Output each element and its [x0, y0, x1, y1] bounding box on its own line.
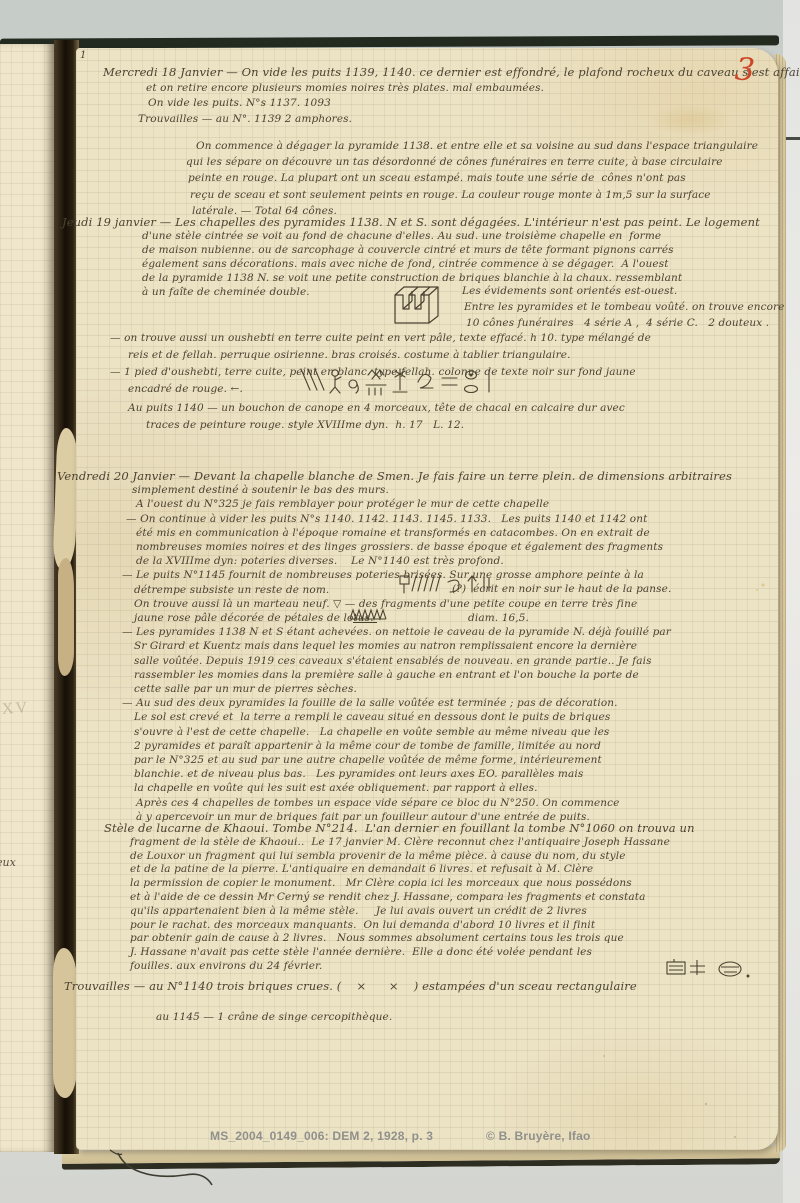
manuscript-line: traces de peinture rouge. style XVIIIme …: [146, 419, 464, 431]
manuscript-line: rassembler les momies dans la première s…: [134, 669, 639, 681]
manuscript-line: blanchie. et de niveau plus bas. Les pyr…: [134, 768, 583, 780]
manuscript-line: Après ces 4 chapelles de tombes un espac…: [136, 797, 620, 809]
manuscript-line: à un faîte de cheminée double.: [142, 286, 310, 298]
manuscript-line: reçu de sceau et sont seulement peints e…: [190, 189, 711, 201]
manuscript-line: de maison nubienne. ou de sarcophage à c…: [142, 244, 674, 256]
manuscript-line: A l'ouest du N°325 je fais remblayer pou…: [136, 498, 549, 510]
manuscript-line: Au puits 1140 — un bouchon de canope en …: [128, 402, 625, 414]
manuscript-line: On vide les puits. N°s 1137. 1093: [148, 97, 331, 109]
archive-caption: MS_2004_0149_006: DEM 2, 1928, p. 3 © B.…: [210, 1129, 630, 1143]
manuscript-line: d'une stèle cintrée se voit au fond de c…: [142, 230, 661, 242]
manuscript-line: et à l'aide de ce dessin Mr Cerný se ren…: [130, 891, 645, 903]
manuscript-line: qui les sépare on découvre un tas désord…: [186, 156, 723, 168]
manuscript-line: On commence à dégager la pyramide 1138. …: [196, 140, 758, 152]
manuscript-line: Trouvailles — au N°. 1139 2 amphores.: [138, 113, 352, 125]
manuscript-line: par le N°325 et au sud par une autre cha…: [134, 754, 602, 766]
manuscript-line: diam. 16,5.: [468, 612, 529, 624]
manuscript-line: reis et de fellah. perruque osirienne. b…: [128, 349, 571, 361]
manuscript-line: et de la patine de la pierre. L'antiquai…: [130, 863, 593, 875]
manuscript-line: salle voûtée. Depuis 1919 ces caveaux s'…: [134, 655, 652, 667]
manuscript-line: 2 pyramides et paraît appartenir à la mê…: [134, 740, 601, 752]
manuscript-line: Mercredi 18 Janvier — On vide les puits …: [103, 66, 800, 78]
manuscript-line: — on trouve aussi un oushebti en terre c…: [110, 332, 651, 344]
manuscript-line: — On continue à vider les puits N°s 1140…: [126, 513, 647, 525]
manuscript-line: Jeudi 19 janvier — Les chapelles des pyr…: [62, 216, 760, 228]
manuscript-line: peinte en rouge. La plupart ont un sceau…: [188, 172, 686, 184]
manuscript-line: J. Hassane n'avait pas cette stèle l'ann…: [130, 946, 592, 958]
manuscript-line: de Louxor un fragment qui lui sembla pro…: [130, 850, 626, 862]
double-chimney-sketch: [388, 274, 458, 332]
manuscript-line: Les évidements sont orientés est-ouest.: [462, 285, 677, 297]
manuscript-line: détrempe subsiste un reste de nom.: [134, 584, 329, 596]
manuscript-line: nombreuses momies noires et des linges g…: [136, 541, 663, 553]
manuscript-line: été mis en communication à l'époque roma…: [136, 527, 650, 539]
margin-mark: 1: [80, 50, 86, 61]
manuscript-line: la chapelle en voûte qui les suit est ax…: [134, 782, 538, 794]
manuscript-line: cette salle par un mur de pierres sèches…: [134, 683, 357, 695]
hieroglyphs-oushebti-text: [296, 362, 521, 398]
caption-credit: © B. Bruyère, Ifao: [486, 1129, 590, 1143]
manuscript-line: fouilles. aux environs du 24 février.: [130, 960, 323, 972]
manuscript-line: encadré de rouge. ←.: [128, 383, 243, 395]
lotus-petal-motif: [348, 607, 394, 624]
manuscript-line: qu'ils appartenaient bien à la même stèl…: [130, 905, 587, 917]
manuscript-line: au 1145 — 1 crâne de singe cercopithèque…: [156, 1011, 392, 1023]
caption-reference: MS_2004_0149_006: DEM 2, 1928, p. 3: [210, 1129, 486, 1143]
manuscript-line: Vendredi 20 Janvier — Devant la chapelle…: [57, 470, 732, 482]
manuscript-line: simplement destiné à soutenir le bas des…: [132, 484, 389, 496]
manuscript-line: Trouvailles — au N°1140 trois briques cr…: [64, 980, 637, 992]
manuscript-line: Le sol est crevé et la terre a rempli le…: [134, 711, 610, 723]
manuscript-line: 10 cônes funéraires 4 série A , 4 série …: [466, 317, 769, 329]
manuscript-text-layer: Mercredi 18 Janvier — On vide les puits …: [0, 0, 800, 1203]
manuscript-line: — Le puits N°1145 fournit de nombreuses …: [122, 569, 644, 581]
hieroglyphs-amphora-name: [398, 573, 498, 597]
loose-thread: [90, 1145, 230, 1195]
manuscript-line: fragment de la stèle de Khaoui.. Le 17 j…: [130, 836, 670, 848]
manuscript-line: la permission de copier le monument. Mr …: [130, 877, 632, 889]
manuscript-line: — Les pyramides 1138 N et S étant achevé…: [122, 626, 671, 638]
manuscript-line: pour le rachat. des morceaux manquants. …: [130, 919, 595, 931]
manuscript-line: par obtenir gain de cause à 2 livres. No…: [130, 932, 624, 944]
seal-sketches: [666, 958, 754, 982]
manuscript-line: et on retire encore plusieurs momies noi…: [146, 82, 544, 94]
manuscript-line: s'ouvre à l'est de cette chapelle. La ch…: [134, 726, 609, 738]
manuscript-line: Entre les pyramides et le tombeau voûté.…: [464, 301, 785, 313]
manuscript-line: Sr Girard et Kuentz mais dans lequel les…: [134, 640, 637, 652]
manuscript-line: également sans décorations. mais avec ni…: [142, 258, 669, 270]
manuscript-line: jaune rose pâle décorée de pétales de lo…: [134, 612, 374, 624]
page-number: 3: [734, 51, 756, 88]
manuscript-line: Stèle de lucarne de Khaoui. Tombe N°214.…: [104, 822, 695, 834]
manuscript-line: de la XVIIIme dyn: poteries diverses. Le…: [136, 555, 504, 567]
manuscript-line: — Au sud des deux pyramides la fouille d…: [122, 697, 618, 709]
